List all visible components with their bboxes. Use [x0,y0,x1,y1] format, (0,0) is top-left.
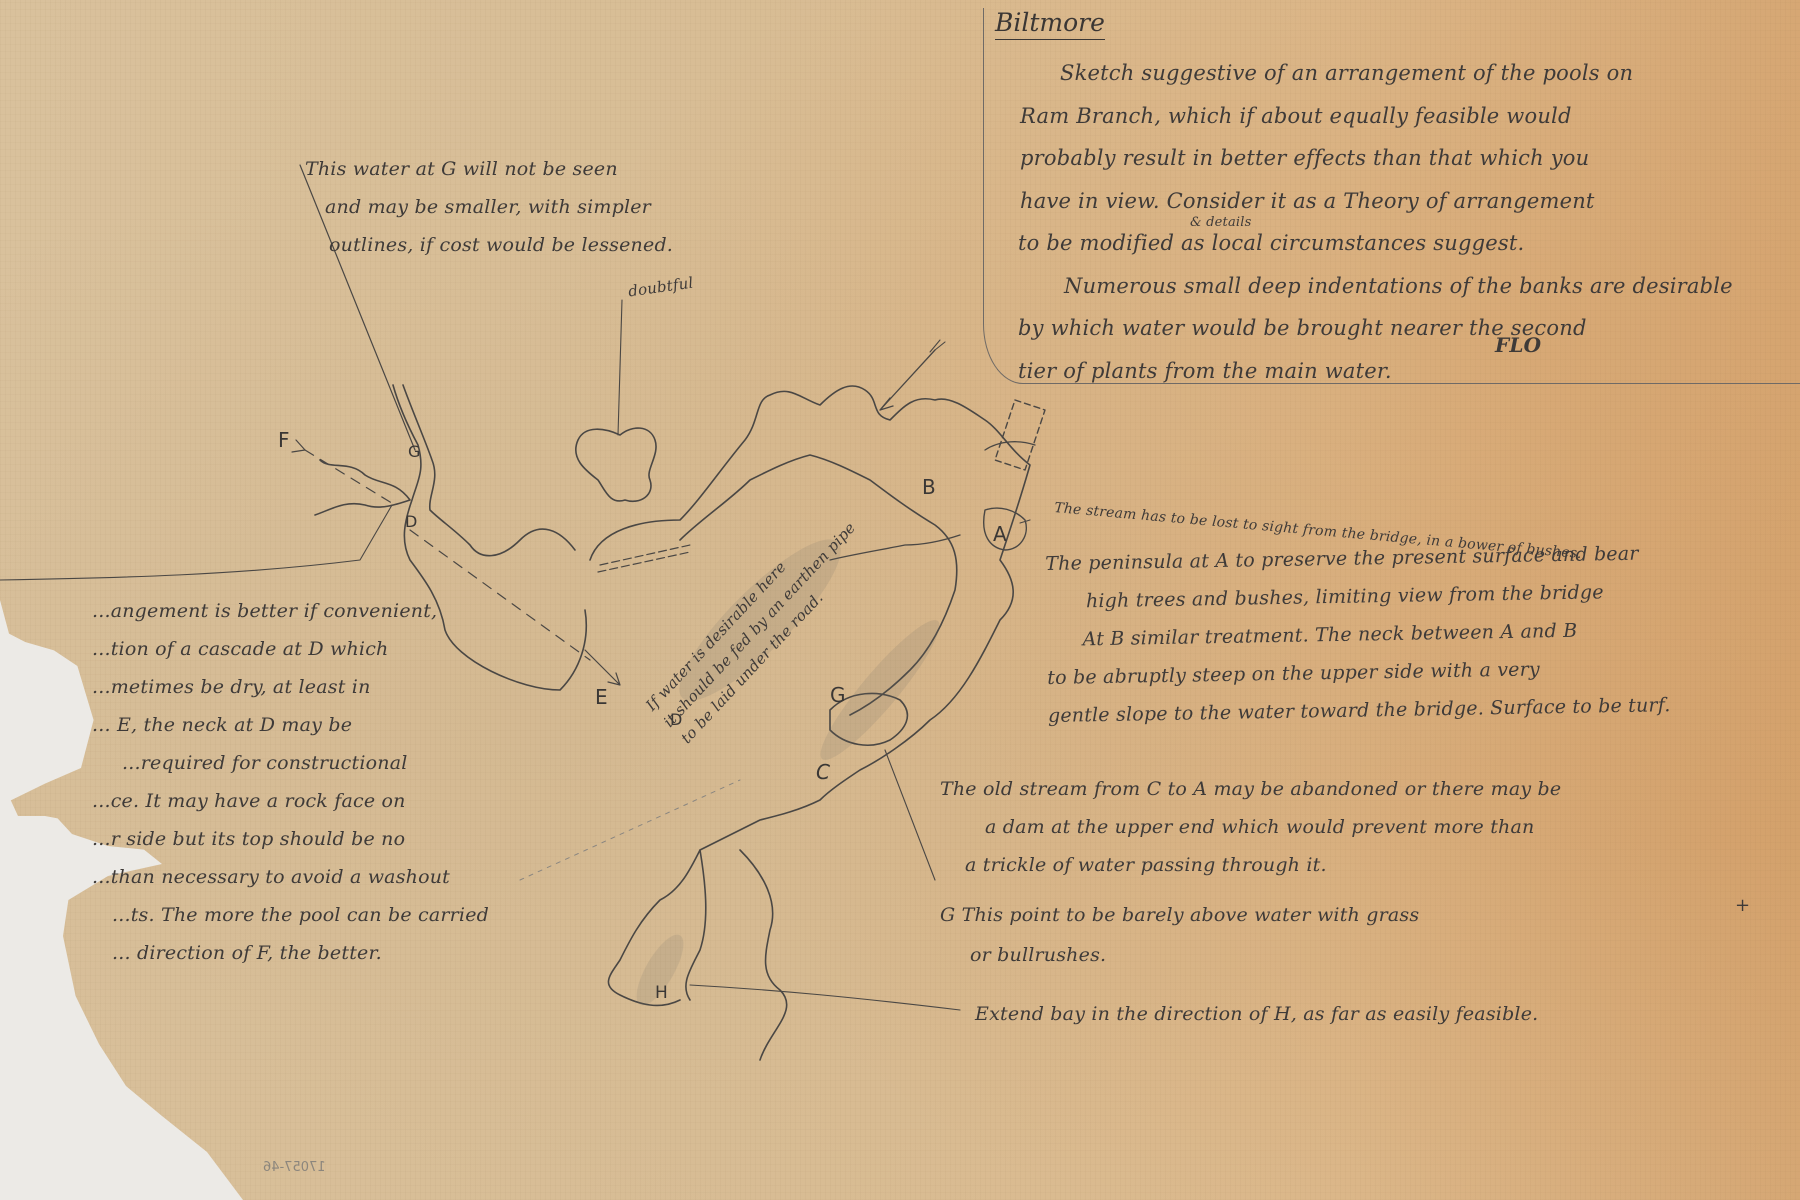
map-label-g: G [830,683,846,707]
map-label-h: H [655,983,668,1003]
left-note-line: ...r side but its top should be no [92,820,489,858]
left-note-line: ...required for constructional [92,744,489,782]
map-label-c: C [816,760,830,784]
top-left-note: This water at G will not be seen and may… [305,150,673,264]
point-g-note: G This point to be barely above water wi… [940,895,1419,975]
red-catalog-mark: W.40. [0,98,6,245]
map-label-d: D [670,710,682,729]
title-note-line: Ram Branch, which if about equally feasi… [1020,95,1733,138]
point-g-note-line: or bullrushes. [940,935,1419,975]
point-g-note-line: G This point to be barely above water wi… [940,895,1419,935]
extend-bay-note: Extend bay in the direction of H, as far… [975,1003,1538,1025]
initials-signature: FLO [1495,333,1541,357]
insertion-note: & details [1190,215,1251,230]
left-note-line: ... direction of F, the better. [92,934,489,972]
old-stream-note-line: The old stream from C to A may be abando… [940,770,1561,808]
title-note-line: Sketch suggestive of an arrangement of t… [1040,52,1733,95]
map-label-b: B [922,475,936,499]
title-note-line: probably result in better effects than t… [1020,137,1733,180]
top-left-note-line: and may be smaller, with simpler [305,188,673,226]
title-note-line: tier of plants from the main water. [1018,350,1733,393]
map-label-g-upper: G [408,442,420,461]
left-note-line: ...tion of a cascade at D which [92,630,489,668]
catalog-number: 17057-46 [263,1160,326,1175]
title-note: Sketch suggestive of an arrangement of t… [1040,52,1733,392]
map-label-e: E [595,685,608,709]
old-stream-note: The old stream from C to A may be abando… [940,770,1561,884]
top-left-note-line: This water at G will not be seen [305,150,673,188]
left-note-line: ...ce. It may have a rock face on [92,782,489,820]
left-note-line: ...metimes be dry, at least in [92,668,489,706]
left-note: ...angement is better if convenient, ...… [92,592,489,972]
top-left-note-line: outlines, if cost would be lessened. [305,226,673,264]
left-note-line: ...angement is better if convenient, [92,592,489,630]
old-stream-note-line: a dam at the upper end which would preve… [940,808,1561,846]
left-note-line: ...than necessary to avoid a washout [92,858,489,896]
left-note-line: ...ts. The more the pool can be carried [92,896,489,934]
page-title: Biltmore [995,8,1105,40]
peninsula-note: The peninsula at A to preserve the prese… [1045,534,1671,735]
map-label-d-upper: D [405,512,417,531]
map-label-a: A [993,522,1007,546]
left-note-line: ... E, the neck at D may be [92,706,489,744]
title-note-line: to be modified as local circumstances su… [1018,222,1733,265]
title-note-line: Numerous small deep indentations of the … [1040,265,1733,308]
margin-mark: + [1735,895,1750,916]
map-label-f: F [278,428,290,452]
title-note-line: have in view. Consider it as a Theory of… [1020,180,1733,223]
title-note-line: by which water would be brought nearer t… [1018,307,1733,350]
old-stream-note-line: a trickle of water passing through it. [940,846,1561,884]
